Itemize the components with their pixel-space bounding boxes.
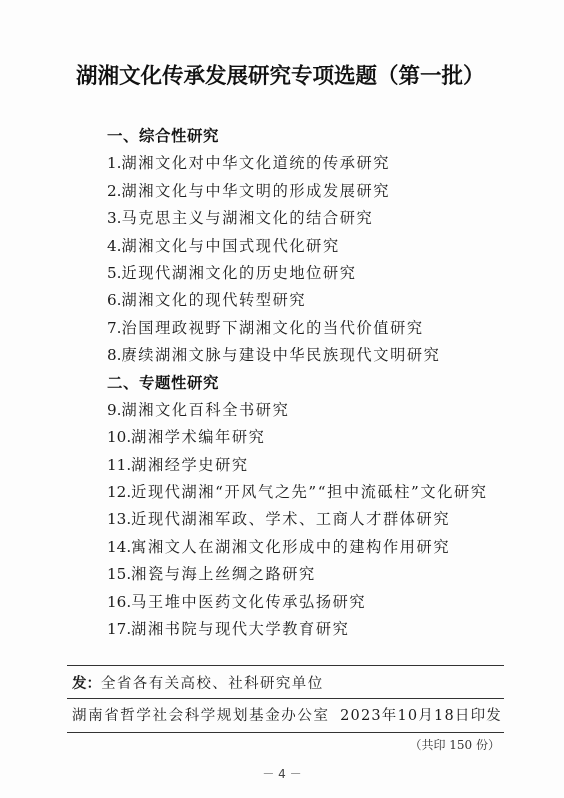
list-item: 3.马克思主义与湖湘文化的结合研究 (107, 205, 527, 232)
list-item: 6.湖湘文化的现代转型研究 (107, 287, 527, 314)
list-item: 5.近现代湖湘文化的历史地位研究 (107, 260, 527, 287)
document-title: 湖湘文化传承发展研究专项选题（第一批） (76, 62, 496, 92)
distribution-line: 发：全省各有关高校、社科研究单位 (72, 674, 502, 694)
document-page: 湖湘文化传承发展研究专项选题（第一批） 一、综合性研究 1.湖湘文化对中华文化道… (0, 0, 564, 798)
list-item: 7.治国理政视野下湖湘文化的当代价值研究 (107, 315, 527, 342)
list-item: 12.近现代湖湘“开风气之先”“担中流砥柱”文化研究 (107, 479, 527, 506)
list-item: 15.湘瓷与海上丝绸之路研究 (107, 561, 527, 588)
print-count: （共印 150 份） (409, 737, 500, 753)
list-item: 9.湖湘文化百科全书研究 (107, 397, 527, 424)
list-item: 1.湖湘文化对中华文化道统的传承研究 (107, 150, 527, 177)
issuer: 湖南省哲学社会科学规划基金办公室 (72, 706, 330, 726)
divider-bottom (67, 732, 504, 733)
list-item: 14.寓湘文人在湖湘文化形成中的建构作用研究 (107, 534, 527, 561)
divider-top (67, 665, 504, 666)
topic-list: 一、综合性研究 1.湖湘文化对中华文化道统的传承研究 2.湖湘文化与中华文明的形… (107, 123, 527, 643)
list-item: 2.湖湘文化与中华文明的形成发展研究 (107, 178, 527, 205)
list-item: 8.赓续湖湘文脉与建设中华民族现代文明研究 (107, 342, 527, 369)
distribution-recipients: 全省各有关高校、社科研究单位 (101, 676, 324, 692)
list-item: 11.湖湘经学史研究 (107, 452, 527, 479)
list-item: 4.湖湘文化与中国式现代化研究 (107, 233, 527, 260)
list-item: 17.湖湘书院与现代大学教育研究 (107, 616, 527, 643)
page-number: － 4 － (0, 766, 564, 782)
list-item: 13.近现代湖湘军政、学术、工商人才群体研究 (107, 506, 527, 533)
section-heading-comprehensive: 一、综合性研究 (107, 123, 527, 150)
issue-date: 2023年10月18日印发 (340, 706, 502, 726)
section-heading-thematic: 二、专题性研究 (107, 370, 527, 397)
list-item: 16.马王堆中医药文化传承弘扬研究 (107, 589, 527, 616)
list-item: 10.湖湘学术编年研究 (107, 424, 527, 451)
distribution-label: 发： (72, 676, 101, 692)
divider-middle (67, 698, 504, 699)
